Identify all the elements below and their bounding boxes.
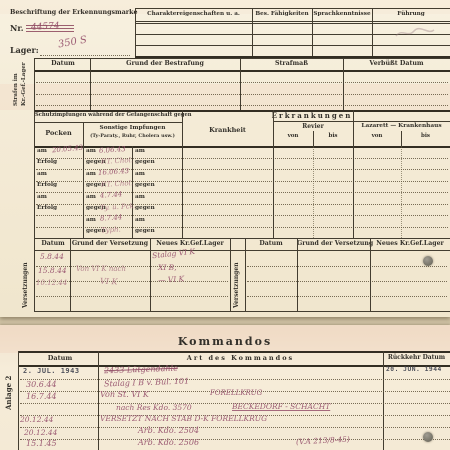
faint-pencil-mark [394,26,436,40]
impfungen-span-header: Schutzimpfungen während der Gefangenscha… [35,113,181,118]
date-stamp: 2. JUL. 1943 [23,368,80,375]
rule [34,58,35,110]
rule [150,238,151,311]
impf-row-label: gegen [135,206,155,212]
dotted-rule [20,427,450,428]
id-block-title: Beschriftung der Erkennungsmarke [10,10,135,16]
rule [343,58,344,110]
kommando-art-continued: FORELLKRUG [210,390,262,397]
versetzungen-col-datum: Datum [36,241,70,247]
impf-row-label: gegen [135,183,155,189]
versetzung-grund: VI K [100,278,118,287]
dotted-rule [20,379,450,380]
impf-row-label: gegen [135,160,155,166]
rule [135,23,450,24]
kommando-art: Von St. VI K [100,391,149,399]
impf-row-label: am [135,195,145,201]
rule [90,58,91,110]
traits-col-fuehrung: Führung [372,12,450,18]
rule [18,351,19,450]
kommando-datum: 16.7.44 [26,393,57,401]
impf-row-label: am [37,149,47,155]
rule [34,58,450,59]
rule [70,238,71,311]
rule [401,131,402,146]
rule [34,146,450,148]
rule [230,238,231,311]
impf-row-label: am [37,195,47,201]
kommandos-col-art: Art des Kommandos [98,355,383,362]
kommando-art-continued: BECKEDORF - SCHACHT [232,403,330,411]
rule [370,238,371,311]
hole-punch [423,256,433,266]
kommando-art: nach Res Kdo. 3570 [116,404,192,412]
rule [245,238,246,311]
dotted-rule [36,94,448,95]
dotted-rule [36,215,448,216]
kommandos-col-rueckkehr: Rückkehr Datum [383,355,450,361]
versetzungen-col-grund: Grund der Versetzung [70,241,150,247]
dotted-rule [247,266,447,267]
rule [135,8,450,9]
versetzung-neues: — VI K [158,275,185,284]
rule [34,122,182,123]
hole-punch [423,432,433,442]
strafen-col-grund: Grund der Bestrafung [90,61,240,67]
rule [273,110,274,238]
kommando-art: VERSETZT NACH STAB D-K FORELLKRUG [100,415,267,423]
lazarett-bis-label: bis [401,134,450,140]
traits-col-faehigkeiten: Bes. Fähigkeiten [252,12,312,18]
erkrankungen-col-krankheit: Krankheit [182,127,273,134]
dotted-rule [36,105,448,106]
strafen-col-datum: Datum [36,61,90,67]
kommando-art: Arb. Kdo. 2504 [138,427,199,435]
kommando-datum: 20.12.44 [20,416,53,424]
rule [34,238,450,239]
impfungen-col-pocken: Pocken [34,130,83,137]
lager-label: Lager: [10,46,39,54]
rule [383,351,384,450]
pen-strike [26,25,74,34]
traits-col-sprachkenntnisse: Sprachkenntnisse [312,12,372,18]
paper-tint [0,84,450,110]
versetzung-datum: 10.12.44 [36,280,67,287]
versetzungen-side-label: Versetzungen [23,252,29,308]
return-date-stamp: 20. JUN. 1944 [386,367,442,373]
nr-label: Nr. [10,24,24,32]
kommandos-col-datum: Datum [22,355,98,362]
dotted-rule [40,55,130,56]
dotted-rule [313,146,314,238]
rule [135,45,450,46]
kommando-art: Arb. Kdo. 2506 [138,439,199,447]
dotted-rule [36,192,448,193]
versetzungen-side-label: Versetzungen [234,252,240,308]
rule [240,58,241,110]
rule [83,122,84,238]
traits-col-charakter: Charaktereigenschaften u. a. [136,12,251,18]
versetzung-grund: Von VI K nach [76,266,126,273]
dotted-rule [247,281,447,282]
rule [297,238,298,311]
impf-row-label: am [37,172,47,178]
pow-record-card-scan: Beschriftung der Erkennungsmarke Nr. 445… [0,0,450,450]
strafen-col-verbuesst: Verbüßt Datum [343,61,450,67]
rule [34,110,35,238]
erkrankungen-col-lazarett: Lazarett — Krankenhaus [353,124,450,130]
rule [34,311,450,312]
anlage-label: Anlage 2 [5,352,12,410]
strafen-side-label-line2: Kr.-Gef.-Lager [22,60,28,106]
impfungen-col-sonstige-sub: (Ty-Paraty., Ruhr, Cholera usw.) [83,134,182,139]
rule [182,110,183,238]
impf-row-label: gegen [135,229,155,235]
strafen-col-strafmass: Strafmaß [240,61,343,67]
rule [98,351,99,450]
dotted-rule [36,296,228,297]
impfungen-col-sonstige: Sonstige Impfungen [83,126,182,132]
impf-row-label: am [135,149,145,155]
rule [34,250,450,251]
dotted-rule [36,82,448,83]
impf-row-label: Erfolg [37,160,57,166]
rule [273,121,450,122]
strafen-side-label-line1: Strafen im [14,60,20,106]
lazarett-von-label: von [353,134,401,140]
impf-row-label: am [86,172,96,178]
versetzungen-col-grund: Grund der Versetzung [297,241,370,247]
rule [353,110,354,238]
revier-bis-label: bis [313,134,353,140]
versetzungen-col-neues: Neues Kr.Gef.Lager [370,241,450,247]
dotted-rule [401,146,402,238]
rule [34,70,450,72]
kommando-datum: 20.12.44 [24,429,57,437]
versetzung-neues: XI B, [158,264,177,272]
impf-row-label: am [86,195,96,201]
impf-row-label: Erfolg [37,206,57,212]
rule [313,131,314,146]
dotted-rule [247,296,447,297]
versetzungen-col-datum: Datum [245,241,297,247]
erkrankungen-title: Erkrankungen [262,112,362,119]
impf-row-value: Typh. [101,226,121,234]
dotted-rule [20,439,450,440]
versetzung-datum: 15.8.44 [38,267,67,275]
impf-row-label: am [86,218,96,224]
erkrankungen-col-revier: Revier [273,124,353,130]
versetzung-datum: 5.8.44 [40,253,64,261]
rule [135,21,450,22]
impf-row-label: Erfolg [37,183,57,189]
kommandos-title: Kommandos [0,336,450,347]
rule [18,351,450,353]
kommando-datum: 30.6.44 [26,381,57,389]
impf-row-label: am [135,218,145,224]
impf-row-label: am [86,149,96,155]
revier-von-label: von [273,134,313,140]
rule [34,238,35,311]
impf-row-label: am [135,172,145,178]
kommando-datum: 15.1.45 [26,440,57,448]
